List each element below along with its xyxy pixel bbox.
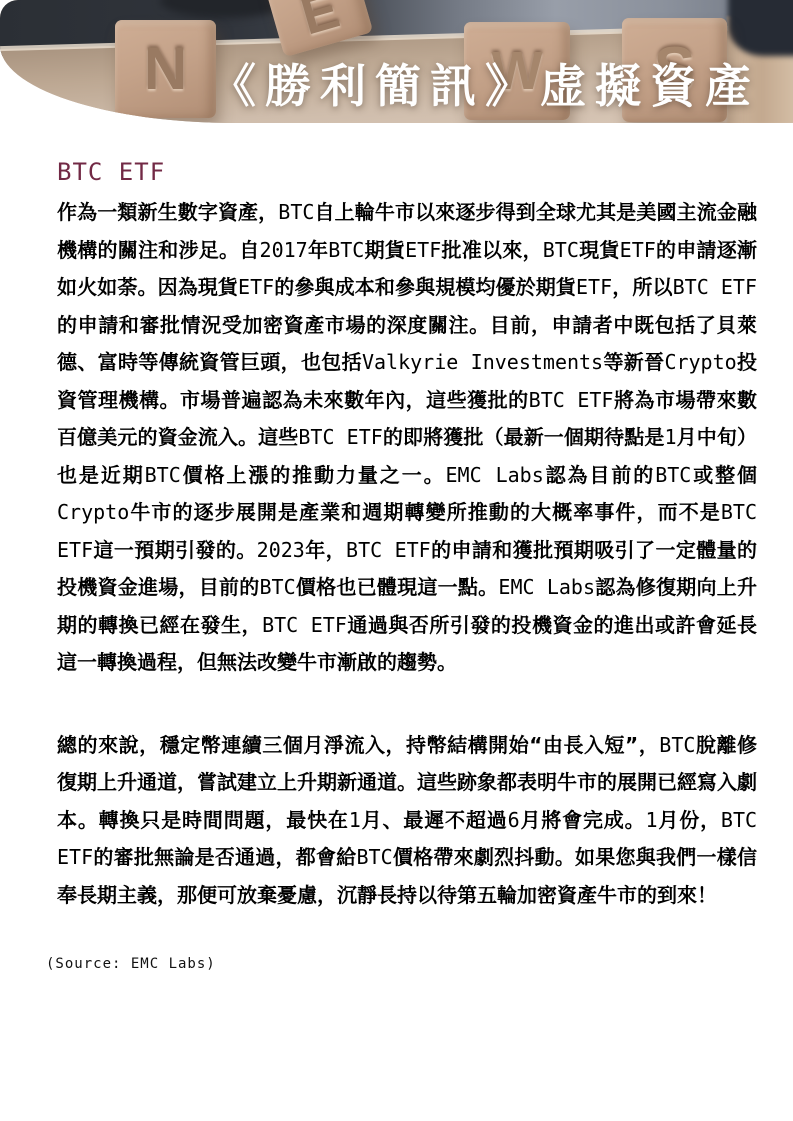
source-attribution: (Source: EMC Labs) — [46, 956, 757, 972]
newsletter-title: 《勝利簡訊》虚擬資產 — [210, 50, 760, 116]
block-letter: N — [144, 39, 187, 99]
newsletter-header-banner: N E W S 《勝利簡訊》虚擬資產 — [0, 0, 793, 123]
article-body: BTC ETF 作為一類新生數字資產，BTC自上輪牛市以來逐步得到全球尤其是美國… — [57, 148, 757, 972]
block-letter: E — [295, 0, 345, 44]
wooden-block-n: N — [115, 20, 216, 118]
article-paragraph-2: 總的來說，穩定幣連續三個月淨流入，持幣結構開始“由長入短”，BTC脫離修復期上升… — [57, 727, 757, 915]
article-heading: BTC ETF — [57, 148, 757, 186]
article-paragraph-1: 作為一類新生數字資產，BTC自上輪牛市以來逐步得到全球尤其是美國主流金融機構的關… — [57, 194, 757, 682]
